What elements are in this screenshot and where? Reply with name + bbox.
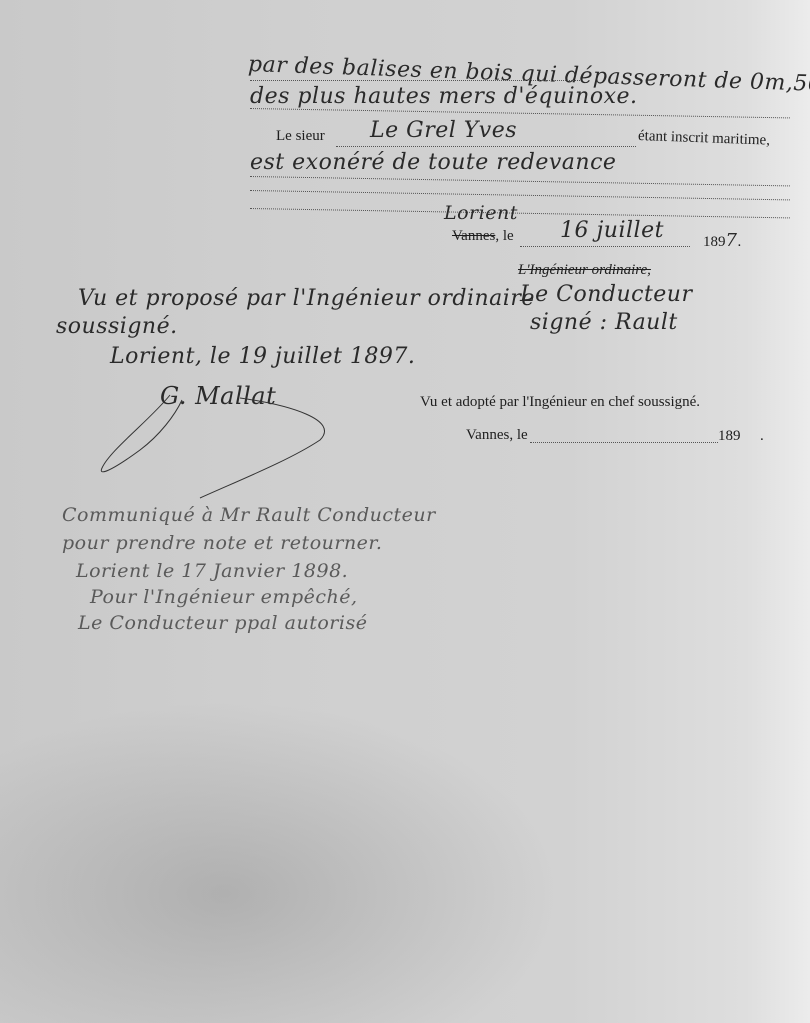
dotted-rule [250, 190, 790, 200]
dotted-rule [250, 108, 790, 118]
adopted-place: Vannes, le [466, 427, 528, 444]
proposal-line-1: Vu et proposé par l'Ingénieur ordinaire [78, 286, 535, 311]
dotted-rule [336, 146, 636, 147]
inscrit-label: étant inscrit maritime, [638, 128, 771, 150]
ingenieur-title-struck: L'Ingénieur ordinaire, [518, 262, 651, 279]
sieur-label: Le sieur [276, 128, 325, 145]
date-place-handwritten: Lorient [444, 202, 518, 224]
date-year: 1897. [703, 230, 741, 251]
adopted-line: Vu et adopté par l'Ingénieur en chef sou… [420, 394, 700, 411]
adopted-period: . [760, 428, 764, 445]
sieur-name: Le Grel Yves [370, 118, 517, 143]
annotation-line-2: pour prendre note et retourner. [62, 532, 382, 554]
date-place-struck: Vannes [452, 228, 495, 244]
dotted-rule [520, 246, 690, 247]
document-page: par des balises en bois qui dépasseront … [0, 0, 810, 1023]
dotted-rule [250, 80, 580, 81]
proposal-date: Lorient, le 19 juillet 1897. [110, 344, 415, 369]
annotation-line-3: Lorient le 17 Janvier 1898. [76, 560, 348, 582]
exoneration-line: est exonéré de toute redevance [250, 150, 616, 175]
signature-flourish-icon [90, 380, 350, 500]
date-handwritten: 16 juillet [560, 218, 664, 243]
date-le-label: , le [495, 228, 513, 244]
dotted-rule [530, 442, 718, 443]
page-shadow [0, 700, 560, 1023]
clause-line-2: des plus hautes mers d'équinoxe. [250, 84, 638, 109]
date-place-printed: Vannes, le [452, 228, 514, 245]
proposal-line-2: soussigné. [56, 314, 178, 339]
annotation-line-5: Le Conducteur ppal autorisé [78, 612, 367, 634]
annotation-line-4: Pour l'Ingénieur empêché, [90, 586, 358, 608]
dotted-rule [250, 176, 790, 186]
signed-rault: signé : Rault [530, 310, 678, 335]
conducteur-title: Le Conducteur [520, 282, 693, 307]
adopted-year: 189 [718, 428, 741, 445]
annotation-line-1: Communiqué à Mr Rault Conducteur [62, 504, 436, 526]
dotted-rule [250, 208, 790, 218]
